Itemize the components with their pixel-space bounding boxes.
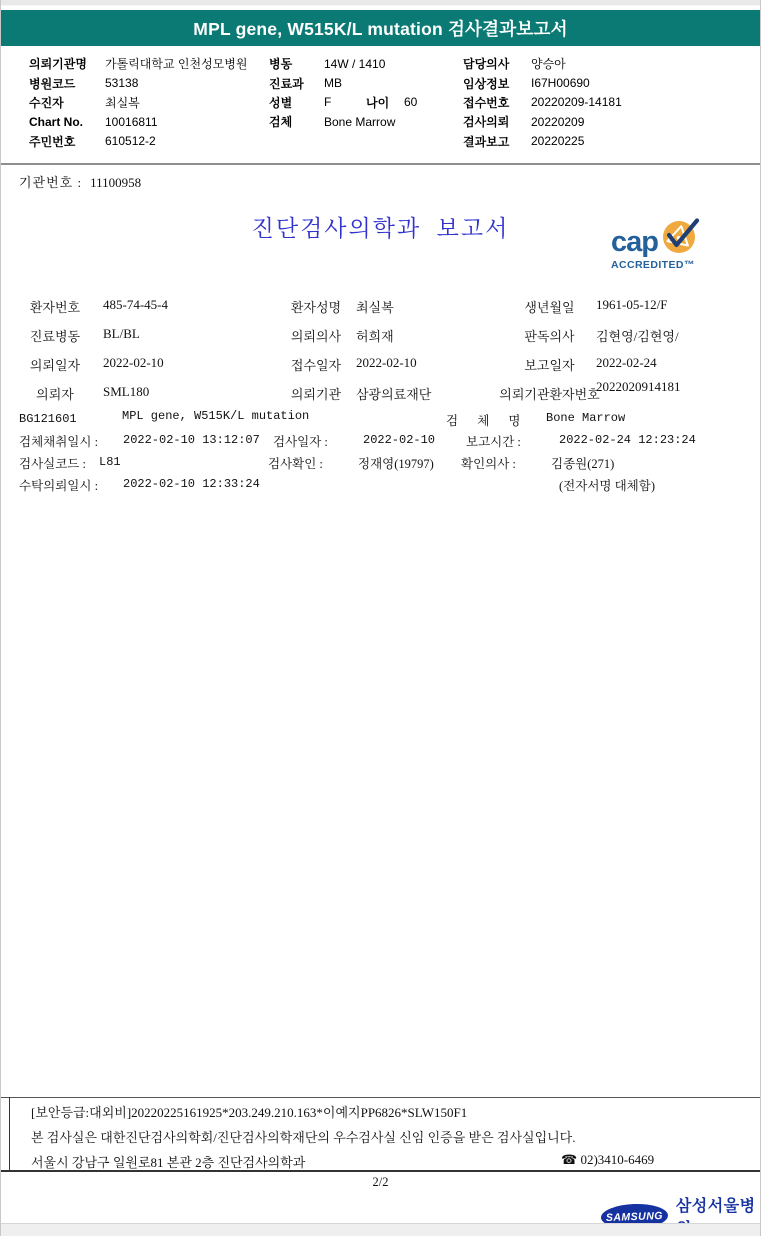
field-label: 검체채취일시 : bbox=[19, 432, 98, 450]
field-label: 검사의뢰 bbox=[463, 113, 531, 130]
field-value: 610512-2 bbox=[105, 134, 156, 148]
field-label: 검체 bbox=[269, 113, 324, 130]
field-value: 김현영/김현영/ bbox=[596, 326, 679, 345]
field-value: 20220209 bbox=[531, 115, 584, 129]
page-bottom-edge bbox=[1, 1223, 760, 1236]
field-value: 2022-02-24 bbox=[596, 355, 657, 371]
field-value: 1961-05-12/F bbox=[596, 297, 668, 313]
field-label: 병원코드 bbox=[29, 75, 105, 92]
footer-top-line bbox=[1, 1097, 760, 1098]
field-label: 진료과 bbox=[269, 75, 324, 92]
footer-left-line bbox=[9, 1097, 10, 1171]
field-label: 생년월일 bbox=[498, 297, 601, 316]
header-col-middle: 병동 14W / 1410 진료과 MB 성별 F 나이 60 검체 Bone … bbox=[269, 54, 417, 132]
field-label: 확인의사 : bbox=[461, 454, 516, 472]
field-value: MB bbox=[324, 76, 342, 90]
field-label: 병동 bbox=[269, 55, 324, 72]
field-value: Bone Marrow bbox=[324, 115, 395, 129]
samsung-logo-text: SAMSUNG bbox=[606, 1209, 664, 1223]
field-value: L81 bbox=[99, 455, 121, 469]
esign-note: (전자서명 대체함) bbox=[559, 476, 655, 494]
field-value: 2022-02-10 13:12:07 bbox=[123, 433, 260, 447]
field-value: 김종원(271) bbox=[551, 454, 614, 472]
field-label: 보고일자 bbox=[498, 355, 601, 374]
field-label: 검 체 명 bbox=[446, 411, 528, 429]
patient-row: 의뢰자 SML180 의뢰기관 삼광의료재단 의뢰기관환자번호 20220209… bbox=[1, 384, 760, 404]
field-row: 담당의사 양승아 bbox=[463, 54, 622, 73]
field-value: 20220225 bbox=[531, 134, 584, 148]
field-label: 의뢰기관환자번호 bbox=[498, 384, 601, 403]
field-value: 10016811 bbox=[105, 115, 158, 129]
field-label: 나이 bbox=[366, 94, 398, 111]
field-label: 의뢰의사 bbox=[286, 326, 346, 345]
field-label: 결과보고 bbox=[463, 133, 531, 150]
field-value: 삼광의료재단 bbox=[356, 384, 431, 403]
cap-logo-text: cap bbox=[611, 229, 658, 255]
field-value: 14W / 1410 bbox=[324, 57, 385, 71]
patient-row: 환자번호 485-74-45-4 환자성명 최실복 생년월일 1961-05-1… bbox=[1, 297, 760, 317]
org-number-value: 11100958 bbox=[90, 175, 141, 190]
field-label: 임상정보 bbox=[463, 75, 531, 92]
field-label: 검사실코드 : bbox=[19, 454, 86, 472]
field-value: 485-74-45-4 bbox=[103, 297, 168, 313]
field-value: 60 bbox=[404, 95, 417, 109]
security-label-line: [보안등급:대외비]20220225161925*203.249.210.163… bbox=[31, 1102, 467, 1121]
field-value: F bbox=[324, 95, 366, 109]
page-top-edge bbox=[1, 0, 760, 6]
field-value: 2022-02-24 12:23:24 bbox=[559, 433, 696, 447]
field-label: 의뢰기관명 bbox=[29, 55, 105, 72]
footer-bottom-line bbox=[1, 1170, 760, 1172]
field-row: 임상정보 I67H00690 bbox=[463, 73, 622, 92]
report-page: MPL gene, W515K/L mutation 검사결과보고서 의뢰기관명… bbox=[0, 0, 761, 1236]
field-label: 환자번호 bbox=[26, 297, 84, 316]
field-row: 병동 14W / 1410 bbox=[269, 54, 417, 73]
header-col-left: 의뢰기관명 가톨릭대학교 인천성모병원 병원코드 53138 수진자 최실복 C… bbox=[29, 54, 247, 151]
field-value: 양승아 bbox=[531, 55, 566, 72]
field-value: 53138 bbox=[105, 76, 138, 90]
field-label: 의뢰기관 bbox=[286, 384, 346, 403]
address-line: 서울시 강남구 일원로81 본관 2층 진단검사의학과 bbox=[31, 1152, 305, 1171]
test-code: BG121601 bbox=[19, 412, 77, 426]
certification-line: 본 검사실은 대한진단검사의학회/진단검사의학재단의 우수검사실 신임 인증을 … bbox=[31, 1127, 576, 1146]
field-value: 최실복 bbox=[356, 297, 394, 316]
field-value: 정재영(19797) bbox=[358, 454, 434, 472]
field-row: 결과보고 20220225 bbox=[463, 132, 622, 151]
field-label: 보고시간 : bbox=[466, 432, 521, 450]
field-label: 의뢰일자 bbox=[26, 355, 84, 374]
phone-number: ☎ 02)3410-6469 bbox=[561, 1152, 654, 1168]
field-value: 2022-02-10 bbox=[363, 433, 435, 447]
field-row: 성별 F 나이 60 bbox=[269, 93, 417, 112]
field-row: Chart No. 10016811 bbox=[29, 112, 247, 131]
field-value: 2022020914181 bbox=[596, 380, 696, 393]
report-title-bar: MPL gene, W515K/L mutation 검사결과보고서 bbox=[1, 10, 760, 46]
field-row: 검사의뢰 20220209 bbox=[463, 112, 622, 131]
field-label: 주민번호 bbox=[29, 133, 105, 150]
page-number: 2/2 bbox=[1, 1175, 760, 1190]
field-label: 접수번호 bbox=[463, 94, 531, 111]
field-row: 진료과 MB bbox=[269, 73, 417, 92]
org-number: 기관번호 :11100958 bbox=[19, 172, 141, 191]
cap-accredited-logo: cap ACCREDITED™ bbox=[611, 222, 711, 271]
field-label: 검사확인 : bbox=[268, 454, 323, 472]
org-number-label: 기관번호 : bbox=[19, 175, 82, 190]
field-value: 2022-02-10 bbox=[103, 355, 164, 371]
field-label: 환자성명 bbox=[286, 297, 346, 316]
field-label: 의뢰자 bbox=[26, 384, 84, 403]
cap-seal-check-icon bbox=[660, 218, 700, 261]
field-row: 의뢰기관명 가톨릭대학교 인천성모병원 bbox=[29, 54, 247, 73]
field-label: 담당의사 bbox=[463, 55, 531, 72]
field-value: SML180 bbox=[103, 384, 149, 400]
header-col-right: 담당의사 양승아 임상정보 I67H00690 접수번호 20220209-14… bbox=[463, 54, 622, 151]
field-label: 수진자 bbox=[29, 94, 105, 111]
patient-row: 진료병동 BL/BL 의뢰의사 허희재 판독의사 김현영/김현영/ bbox=[1, 326, 760, 346]
field-value: 2022-02-10 bbox=[356, 355, 417, 371]
field-label: 판독의사 bbox=[498, 326, 601, 345]
patient-row: 의뢰일자 2022-02-10 접수일자 2022-02-10 보고일자 202… bbox=[1, 355, 760, 375]
field-value: I67H00690 bbox=[531, 76, 590, 90]
test-name: MPL gene, W515K/L mutation bbox=[122, 409, 309, 423]
field-row: 접수번호 20220209-14181 bbox=[463, 93, 622, 112]
field-row: 수진자 최실복 bbox=[29, 93, 247, 112]
header-divider-line bbox=[1, 163, 760, 165]
field-value: BL/BL bbox=[103, 326, 140, 342]
field-row: 병원코드 53138 bbox=[29, 73, 247, 92]
field-label: 검사일자 : bbox=[273, 432, 328, 450]
field-value: 허희재 bbox=[356, 326, 394, 345]
field-label: 수탁의뢰일시 : bbox=[19, 476, 98, 494]
cap-logo-row: cap bbox=[611, 222, 711, 261]
field-value: 가톨릭대학교 인천성모병원 bbox=[105, 55, 247, 72]
field-row: 주민번호 610512-2 bbox=[29, 132, 247, 151]
field-label: 진료병동 bbox=[26, 326, 84, 345]
field-label: 접수일자 bbox=[286, 355, 346, 374]
report-title-bar-text: MPL gene, W515K/L mutation 검사결과보고서 bbox=[193, 16, 567, 41]
field-label: Chart No. bbox=[29, 115, 105, 129]
field-label: 성별 bbox=[269, 94, 324, 111]
field-value: 2022-02-10 12:33:24 bbox=[123, 477, 260, 491]
field-value: 최실복 bbox=[105, 94, 140, 111]
field-value: Bone Marrow bbox=[546, 411, 625, 425]
field-row: 검체 Bone Marrow bbox=[269, 112, 417, 131]
field-value: 20220209-14181 bbox=[531, 95, 622, 109]
